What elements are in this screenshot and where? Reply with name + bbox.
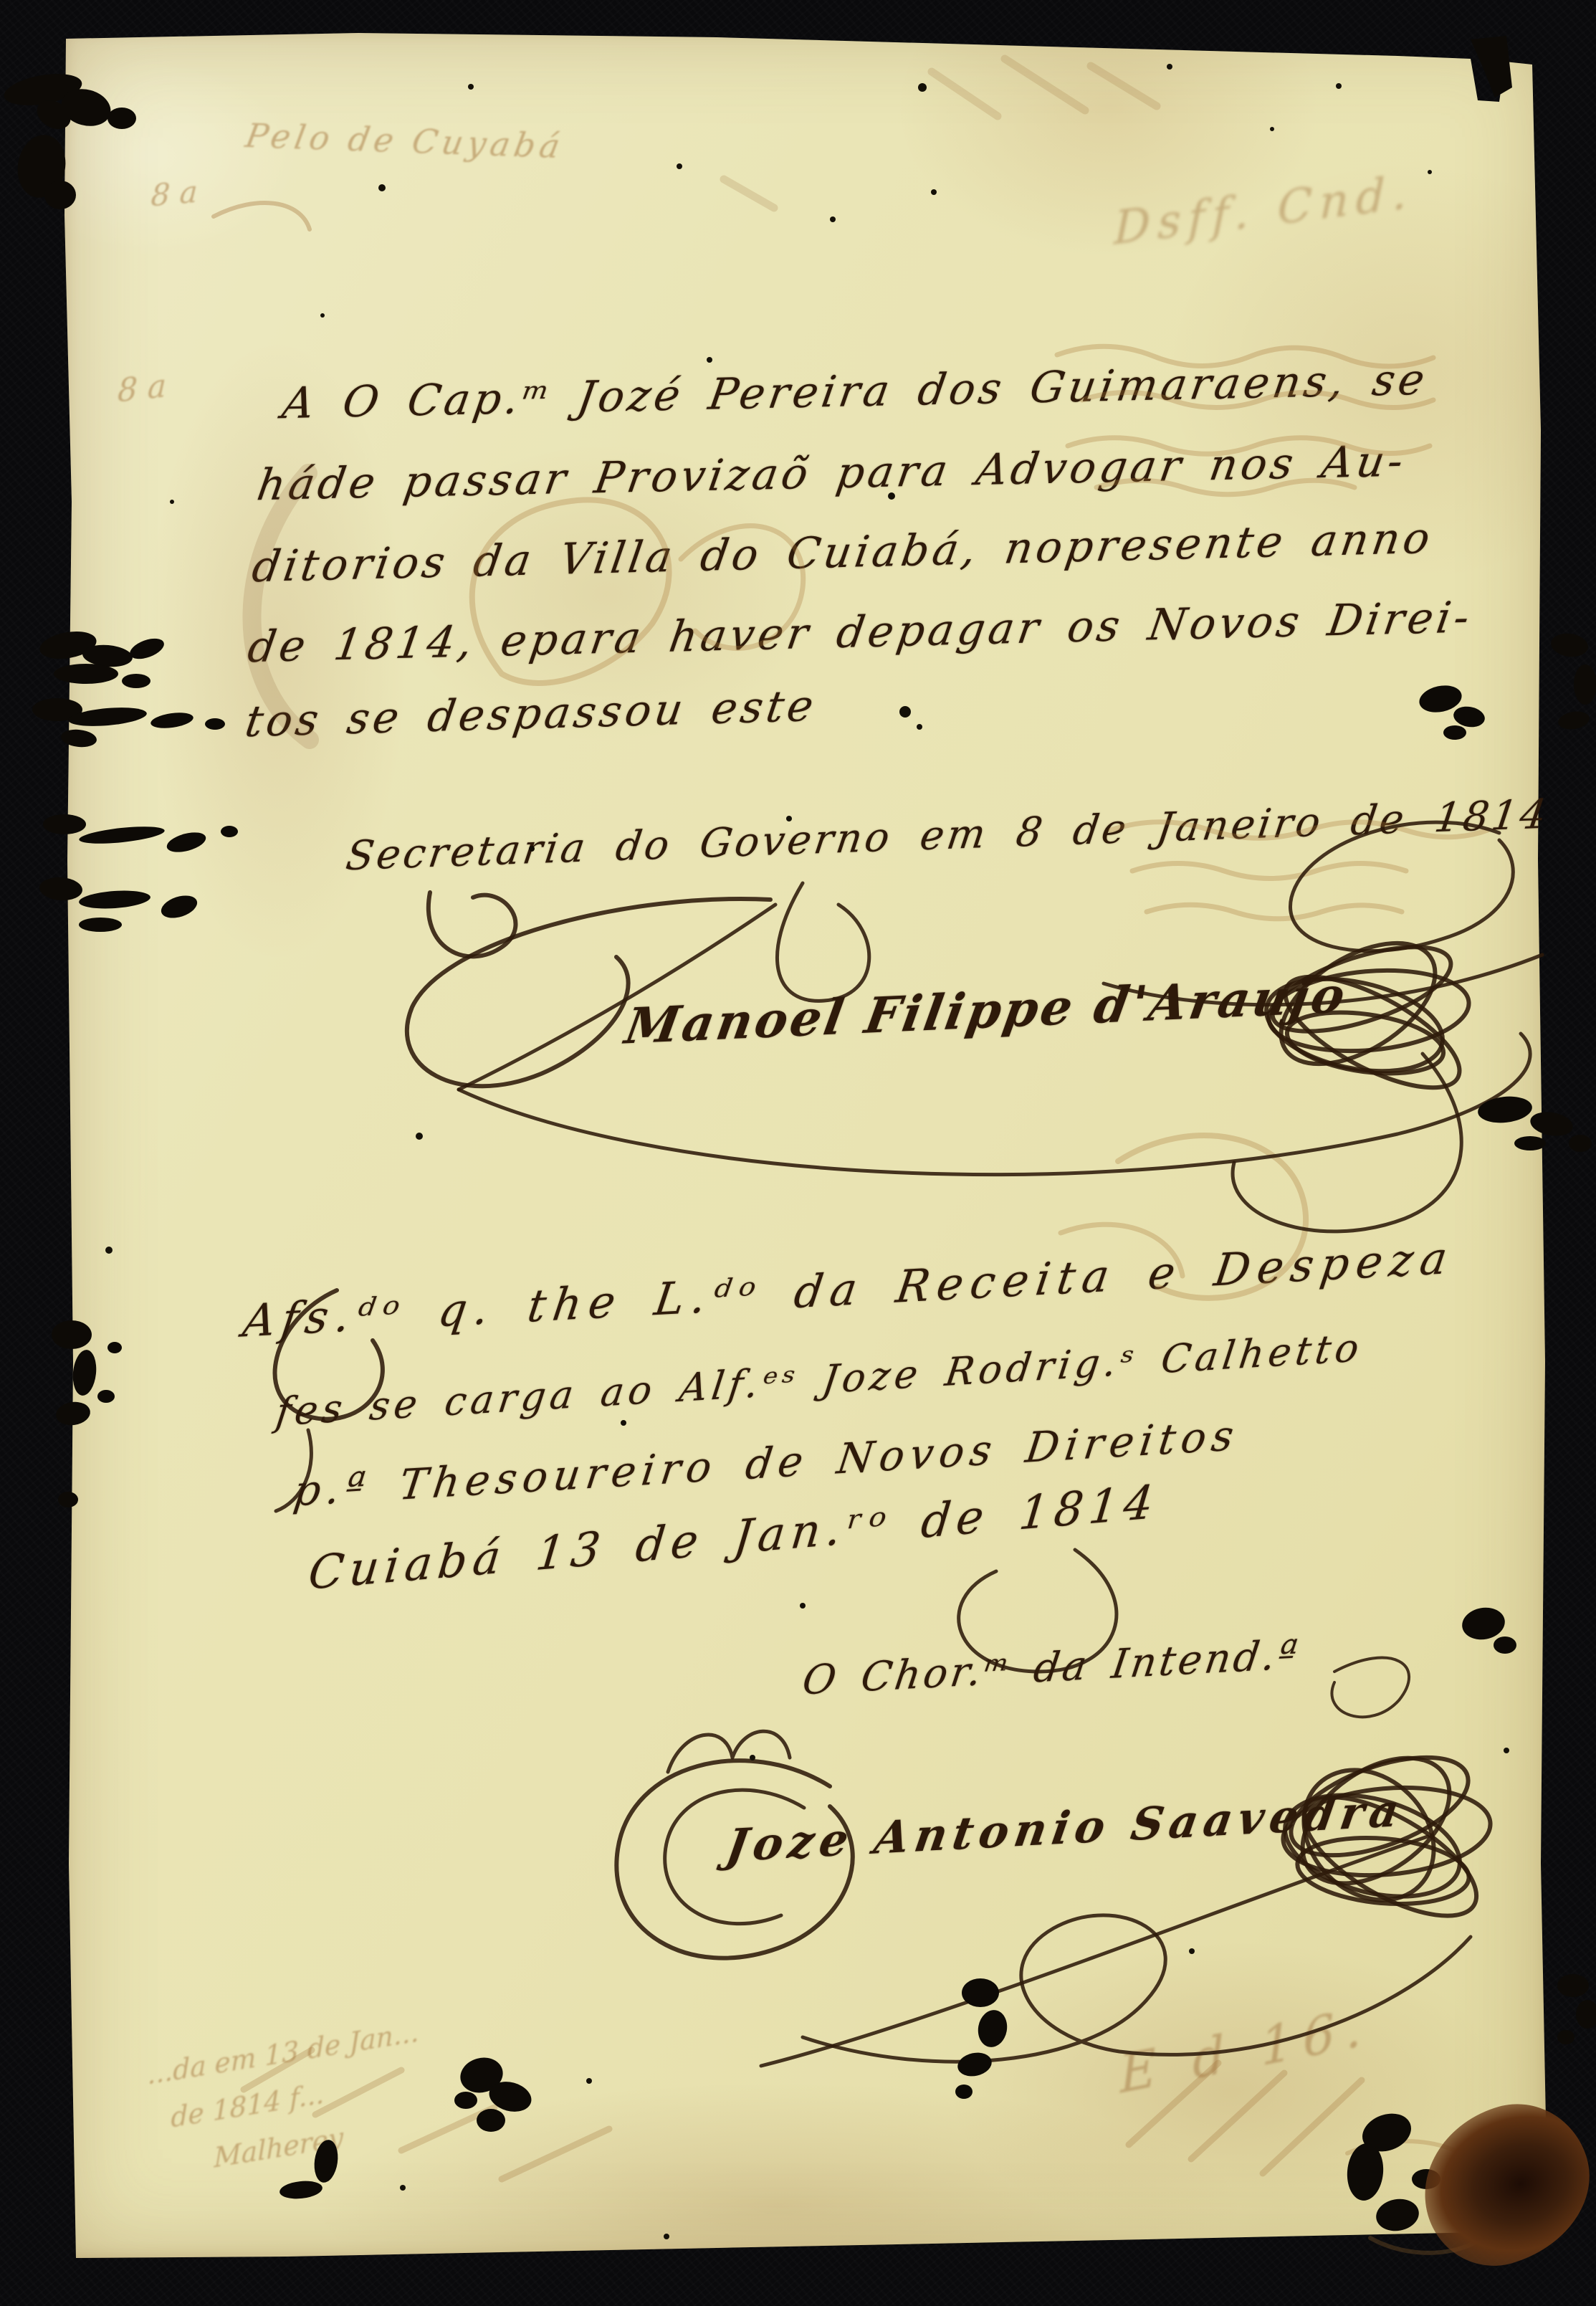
faint-margin-note-lower: 8 a	[117, 368, 167, 410]
faint-margin-note-upper: 8 a	[150, 173, 198, 213]
photo-backdrop: Pelo de Cuyabá 8 a 8 a Dsff. Cnd. ...da …	[0, 0, 1596, 2306]
